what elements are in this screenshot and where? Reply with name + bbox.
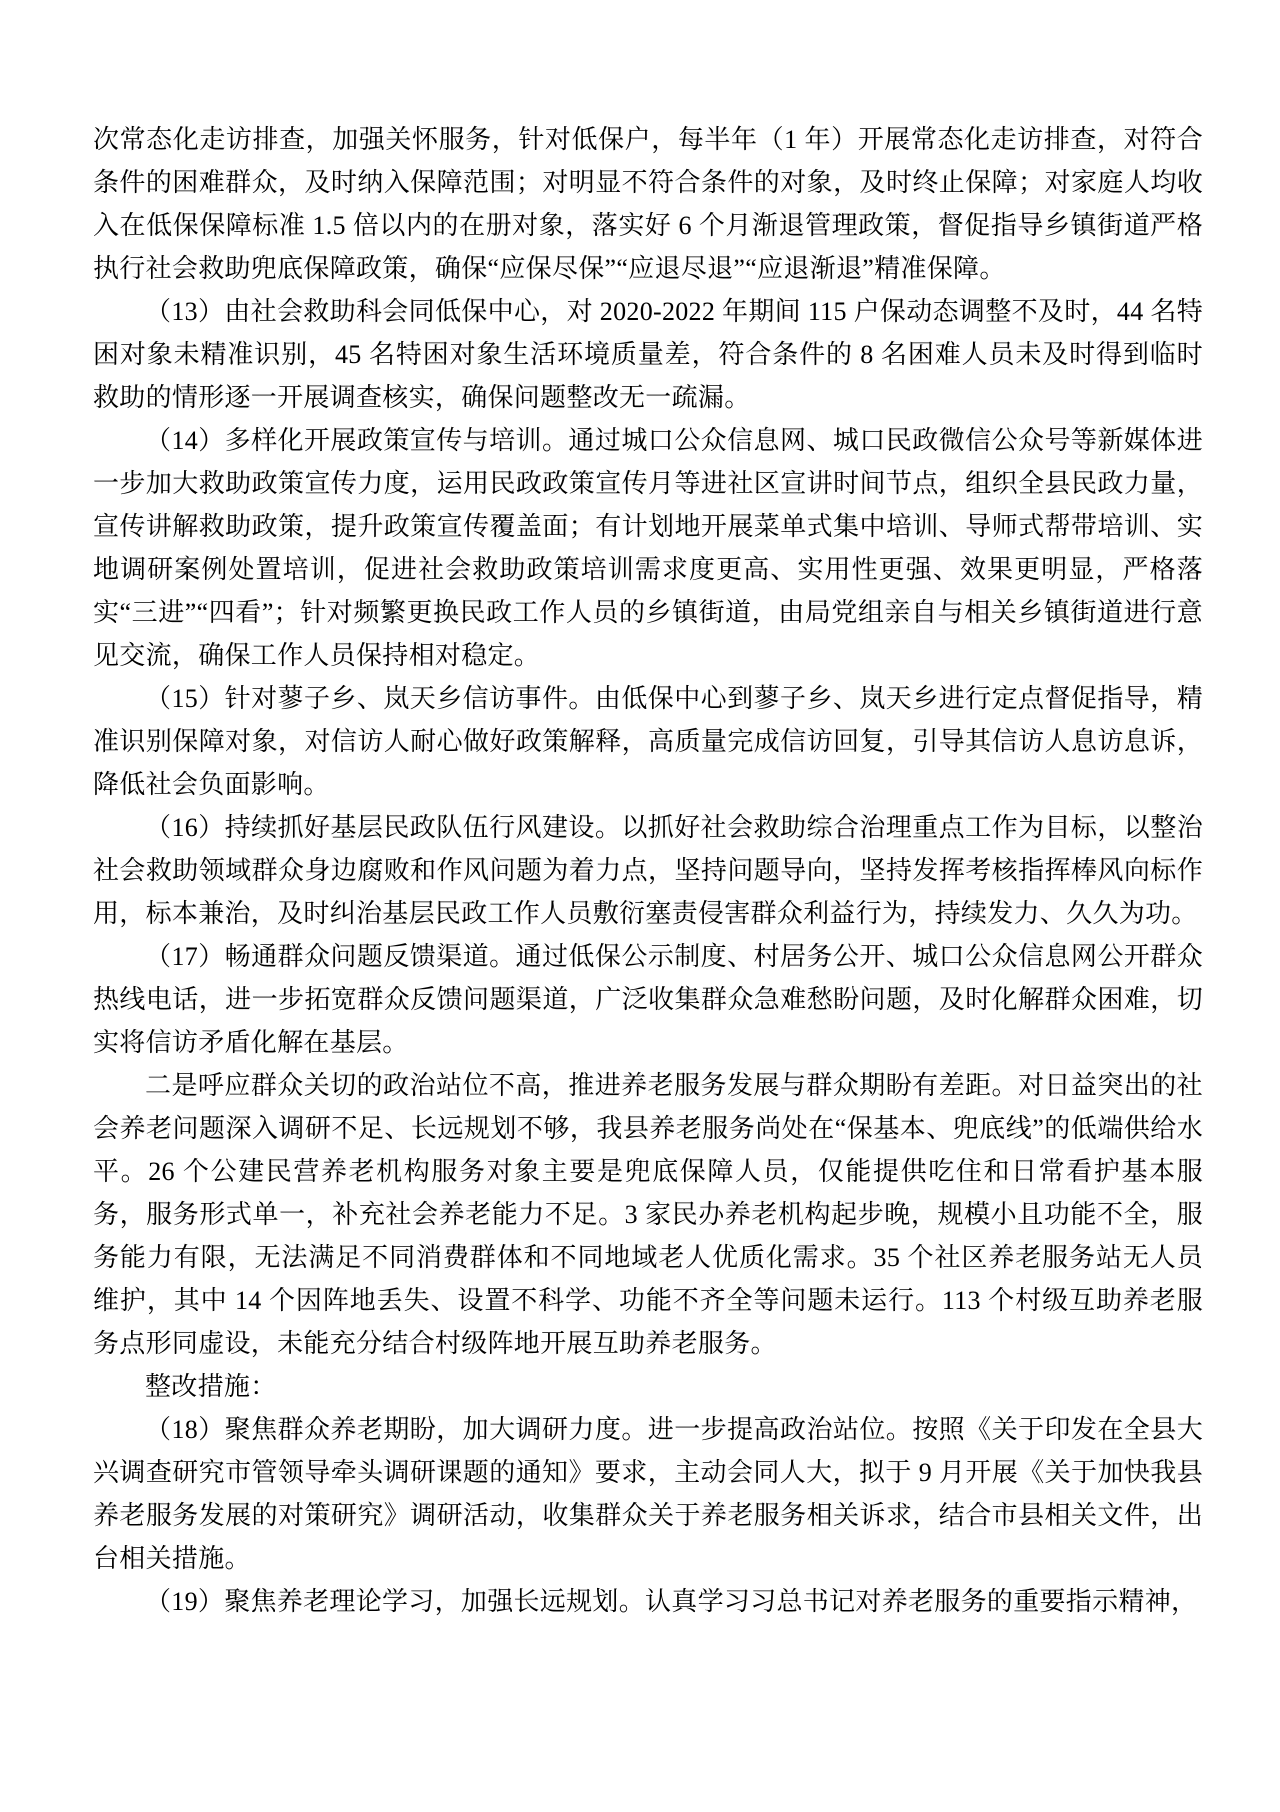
p-issue-two: 二是呼应群众关切的政治站位不高，推进养老服务发展与群众期盼有差距。对日益突出的社… [93, 1064, 1203, 1365]
p-item-15: （15）针对蓼子乡、岚天乡信访事件。由低保中心到蓼子乡、岚天乡进行定点督促指导，… [93, 677, 1203, 806]
p-item-13: （13）由社会救助科会同低保中心，对 2020-2022 年期间 115 户保动… [93, 290, 1203, 419]
p-item-16: （16）持续抓好基层民政队伍行风建设。以抓好社会救助综合治理重点工作为目标，以整… [93, 806, 1203, 935]
p-item-18: （18）聚焦群众养老期盼，加大调研力度。进一步提高政治站位。按照《关于印发在全县… [93, 1408, 1203, 1580]
p-remediation-heading: 整改措施： [93, 1365, 1203, 1408]
p-item-19: （19）聚焦养老理论学习，加强长远规划。认真学习习总书记对养老服务的重要指示精神… [93, 1580, 1203, 1623]
document-body: 次常态化走访排查，加强关怀服务，针对低保户，每半年（1 年）开展常态化走访排查，… [93, 118, 1203, 1623]
p-item-17: （17）畅通群众问题反馈渠道。通过低保公示制度、村居务公开、城口公众信息网公开群… [93, 935, 1203, 1064]
p-continuation: 次常态化走访排查，加强关怀服务，针对低保户，每半年（1 年）开展常态化走访排查，… [93, 118, 1203, 290]
p-item-14: （14）多样化开展政策宣传与培训。通过城口公众信息网、城口民政微信公众号等新媒体… [93, 419, 1203, 677]
document-page: 次常态化走访排查，加强关怀服务，针对低保户，每半年（1 年）开展常态化走访排查，… [0, 0, 1280, 1812]
